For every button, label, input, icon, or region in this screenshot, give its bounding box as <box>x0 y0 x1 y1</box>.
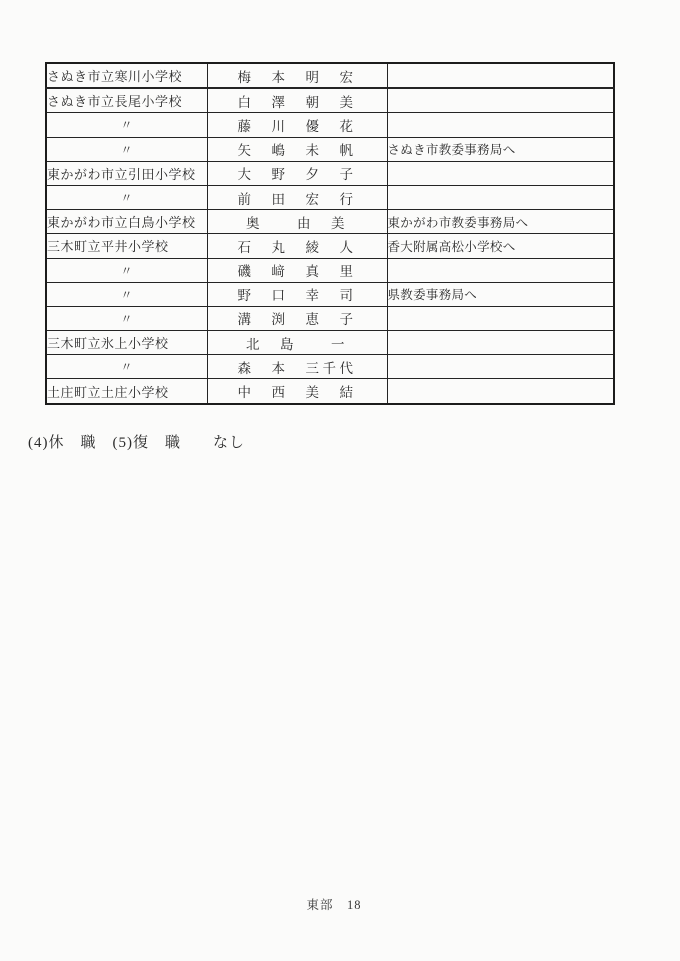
school-cell: 東かがわ市立白鳥小学校 <box>46 210 207 234</box>
table-row: 〃矢 嶋 未 帆さぬき市教委事務局へ <box>46 137 614 161</box>
school-cell: 〃 <box>46 185 207 209</box>
remarks-cell <box>387 113 614 137</box>
remarks-cell: 東かがわ市教委事務局へ <box>387 210 614 234</box>
name-cell: 野 口 幸 司 <box>207 282 387 306</box>
name-cell: 石 丸 綾 人 <box>207 234 387 258</box>
remarks-cell <box>387 88 614 113</box>
name-cell: 白 澤 朝 美 <box>207 88 387 113</box>
remarks-cell <box>387 161 614 185</box>
table-row: 三木町立平井小学校石 丸 綾 人香大附属高松小学校へ <box>46 234 614 258</box>
table-row: 〃磯 﨑 真 里 <box>46 258 614 282</box>
remarks-cell <box>387 185 614 209</box>
remarks-cell <box>387 379 614 404</box>
name-cell: 北 島 一 <box>207 331 387 355</box>
name-cell: 溝 渕 恵 子 <box>207 306 387 330</box>
school-cell: 〃 <box>46 355 207 379</box>
name-cell: 奥 由 美 <box>207 210 387 234</box>
school-cell: 〃 <box>46 258 207 282</box>
school-cell: 〃 <box>46 306 207 330</box>
document-page: さぬき市立寒川小学校梅 本 明 宏さぬき市立長尾小学校白 澤 朝 美〃藤 川 優… <box>0 0 680 961</box>
remarks-cell <box>387 331 614 355</box>
staff-table: さぬき市立寒川小学校梅 本 明 宏さぬき市立長尾小学校白 澤 朝 美〃藤 川 優… <box>45 62 615 405</box>
school-cell: 東かがわ市立引田小学校 <box>46 161 207 185</box>
staff-transfer-table: さぬき市立寒川小学校梅 本 明 宏さぬき市立長尾小学校白 澤 朝 美〃藤 川 優… <box>45 62 613 405</box>
name-cell: 磯 﨑 真 里 <box>207 258 387 282</box>
school-cell: さぬき市立寒川小学校 <box>46 63 207 88</box>
table-row: 〃溝 渕 恵 子 <box>46 306 614 330</box>
table-body: さぬき市立寒川小学校梅 本 明 宏さぬき市立長尾小学校白 澤 朝 美〃藤 川 優… <box>46 63 614 404</box>
name-cell: 梅 本 明 宏 <box>207 63 387 88</box>
school-cell: 三木町立平井小学校 <box>46 234 207 258</box>
name-cell: 森 本 三千代 <box>207 355 387 379</box>
table-row: 〃野 口 幸 司県教委事務局へ <box>46 282 614 306</box>
table-row: 三木町立氷上小学校北 島 一 <box>46 331 614 355</box>
table-row: さぬき市立長尾小学校白 澤 朝 美 <box>46 88 614 113</box>
school-cell: 〃 <box>46 282 207 306</box>
table-row: さぬき市立寒川小学校梅 本 明 宏 <box>46 63 614 88</box>
remarks-cell: 香大附属高松小学校へ <box>387 234 614 258</box>
section-notes-line: (4)休 職 (5)復 職 なし <box>28 431 245 452</box>
remarks-cell <box>387 63 614 88</box>
remarks-cell <box>387 258 614 282</box>
table-row: 東かがわ市立白鳥小学校奥 由 美東かがわ市教委事務局へ <box>46 210 614 234</box>
table-row: 〃藤 川 優 花 <box>46 113 614 137</box>
school-cell: 〃 <box>46 113 207 137</box>
remarks-cell <box>387 306 614 330</box>
school-cell: 土庄町立土庄小学校 <box>46 379 207 404</box>
page-footer: 東部 18 <box>0 895 668 913</box>
school-cell: さぬき市立長尾小学校 <box>46 88 207 113</box>
name-cell: 前 田 宏 行 <box>207 185 387 209</box>
name-cell: 中 西 美 結 <box>207 379 387 404</box>
name-cell: 藤 川 優 花 <box>207 113 387 137</box>
name-cell: 大 野 夕 子 <box>207 161 387 185</box>
remarks-cell <box>387 355 614 379</box>
table-row: 土庄町立土庄小学校中 西 美 結 <box>46 379 614 404</box>
name-cell: 矢 嶋 未 帆 <box>207 137 387 161</box>
table-row: 東かがわ市立引田小学校大 野 夕 子 <box>46 161 614 185</box>
remarks-cell: さぬき市教委事務局へ <box>387 137 614 161</box>
table-row: 〃前 田 宏 行 <box>46 185 614 209</box>
school-cell: 三木町立氷上小学校 <box>46 331 207 355</box>
school-cell: 〃 <box>46 137 207 161</box>
table-row: 〃森 本 三千代 <box>46 355 614 379</box>
remarks-cell: 県教委事務局へ <box>387 282 614 306</box>
